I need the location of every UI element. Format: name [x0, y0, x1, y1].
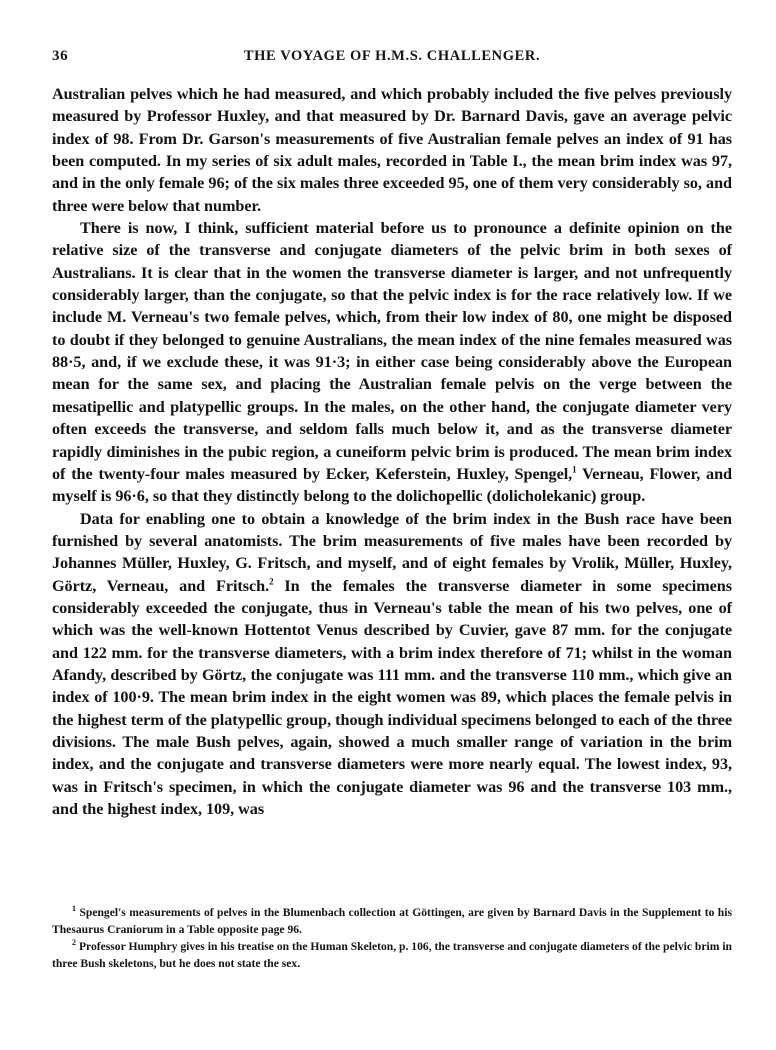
- paragraph-3-text-b: In the females the transverse diameter i…: [52, 577, 732, 818]
- paragraph-3: Data for enabling one to obtain a knowle…: [52, 508, 732, 821]
- running-header: 36 THE VOYAGE OF H.M.S. CHALLENGER.: [52, 48, 732, 68]
- footnote-1-marker: 1: [72, 904, 76, 913]
- footnote-2: 2 Professor Humphry gives in his treatis…: [52, 938, 732, 972]
- body-text: Australian pelves which he had measured,…: [52, 83, 732, 820]
- footnote-2-marker: 2: [72, 938, 76, 947]
- paragraph-2-text-a: There is now, I think, sufficient materi…: [52, 219, 732, 483]
- paragraph-2: There is now, I think, sufficient materi…: [52, 217, 732, 507]
- footnote-1-text: Spengel's measurements of pelves in the …: [52, 906, 732, 936]
- paragraph-1: Australian pelves which he had measured,…: [52, 83, 732, 217]
- footnotes: 1 Spengel's measurements of pelves in th…: [52, 904, 732, 972]
- running-title: THE VOYAGE OF H.M.S. CHALLENGER.: [52, 48, 732, 65]
- footnote-1: 1 Spengel's measurements of pelves in th…: [52, 904, 732, 938]
- paragraph-1-text: Australian pelves which he had measured,…: [52, 85, 732, 215]
- footnote-2-text: Professor Humphry gives in his treatise …: [52, 940, 732, 970]
